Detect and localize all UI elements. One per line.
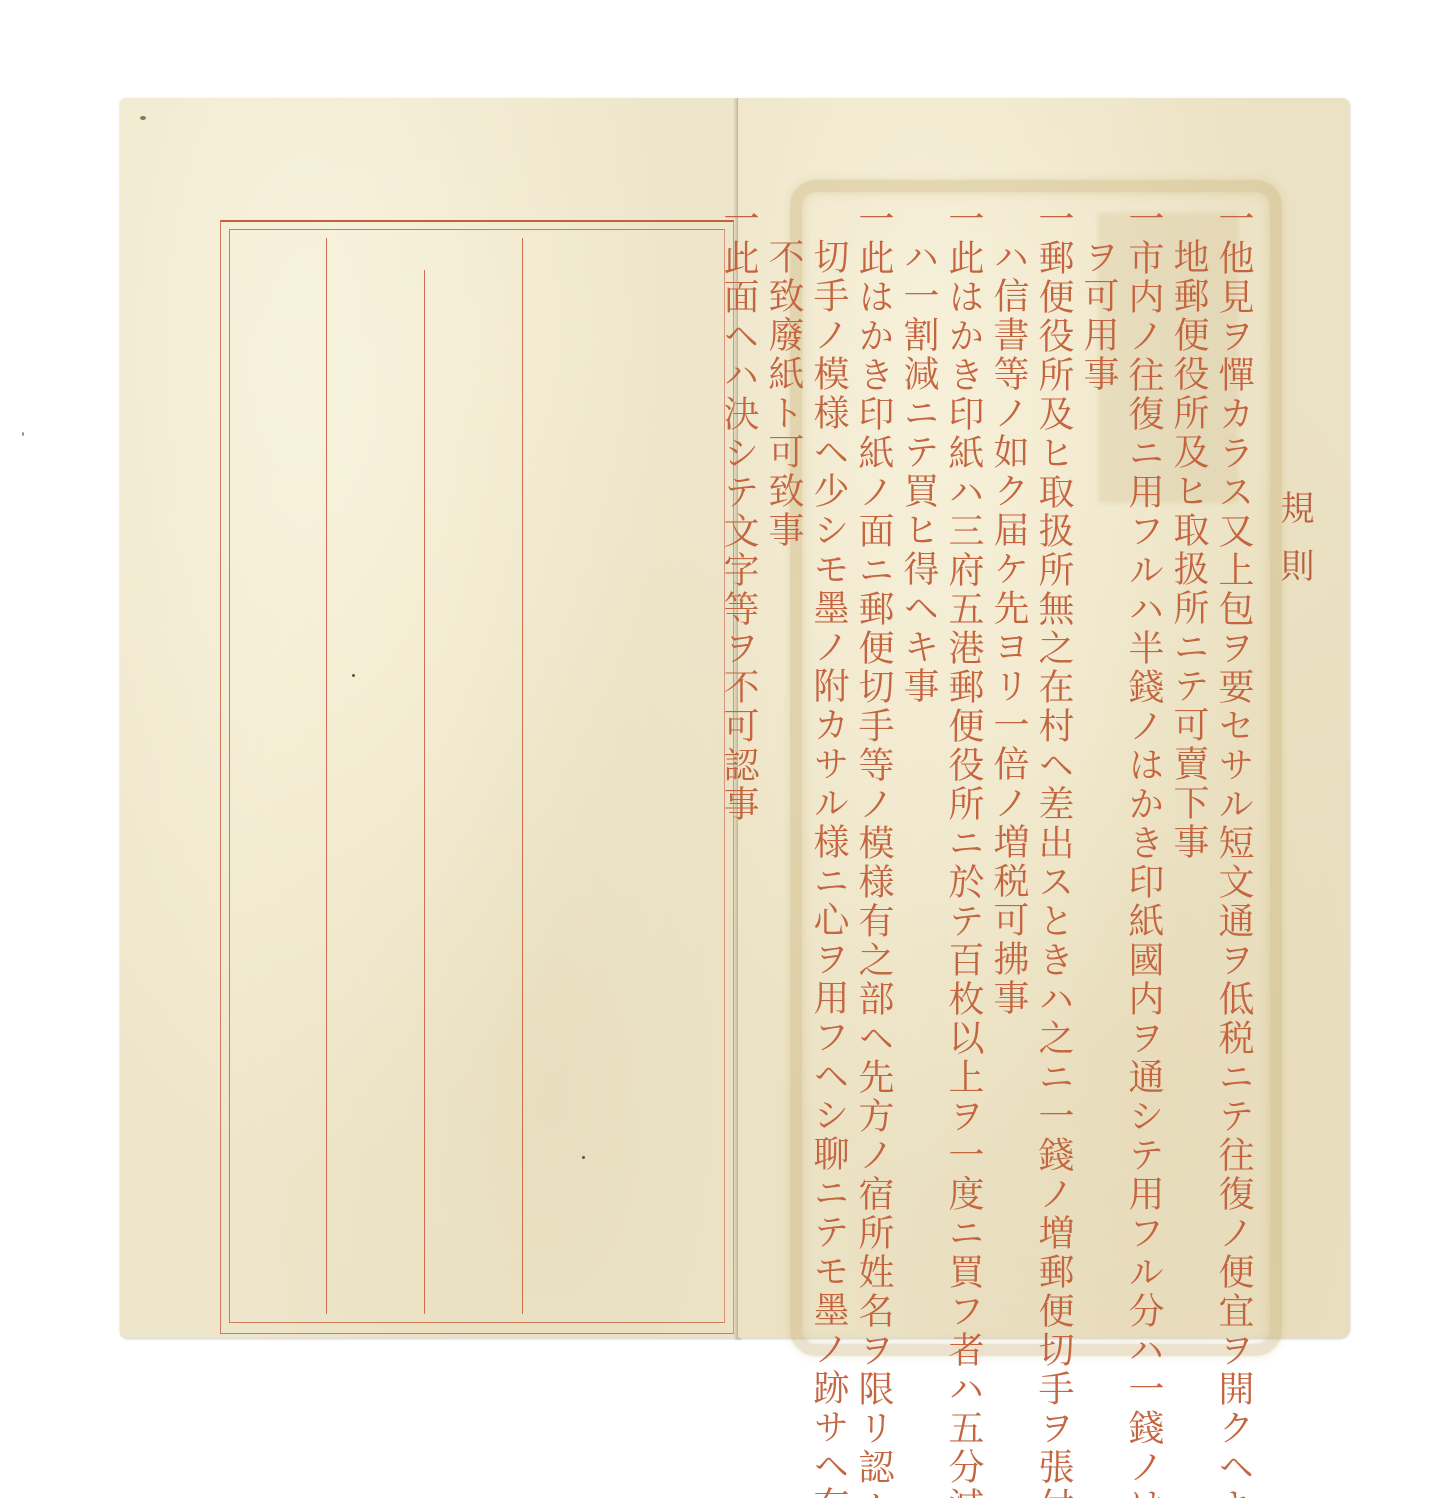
form-column-divider bbox=[522, 238, 523, 1314]
regulation-column: 地郵便役所及ヒ取扱所ニテ可賣下事 bbox=[1166, 200, 1211, 1330]
paper-speck bbox=[582, 1156, 585, 1159]
regulation-column: ハ信書等ノ如ク届ケ先ヨリ一倍ノ増税可拂事 bbox=[986, 200, 1031, 1330]
paper-speck bbox=[352, 674, 355, 677]
scan-speck bbox=[22, 432, 24, 436]
scan-speck bbox=[1064, 1418, 1066, 1420]
regulation-column: ヲ可用事 bbox=[1076, 200, 1121, 1330]
form-column-divider bbox=[424, 270, 425, 1314]
regulation-column: 切手ノ模様ヘ少シモ墨ノ附カサル様ニ心ヲ用フヘシ聊ニテモ墨ノ跡サヘ有之ときハ縦立 bbox=[806, 200, 851, 1330]
paper-speck bbox=[140, 116, 146, 120]
regulation-column: 一他見ヲ憚カラス又上包ヲ要セサル短文通ヲ低税ニテ往復ノ便宜ヲ開クヘキ爲メ之ヲ各 bbox=[1211, 200, 1256, 1330]
right-page: 規則 一他見ヲ憚カラス又上包ヲ要セサル短文通ヲ低税ニテ往復ノ便宜ヲ開クヘキ爲メ之… bbox=[738, 98, 1350, 1338]
regulation-column: 一此はかき印紙ハ三府五港郵便役所ニ於テ百枚以上ヲ一度ニ買フ者ハ五分減二百枚以上 bbox=[941, 200, 986, 1330]
regulation-column: 一郵便役所及ヒ取扱所無之在村ヘ差出スときハ之ニ一錢ノ増郵便切手ヲ張付可申然ラサレ bbox=[1031, 200, 1076, 1330]
left-page bbox=[120, 98, 738, 1338]
form-column-divider bbox=[326, 238, 327, 1314]
regulations-title: 規則 bbox=[1271, 490, 1316, 606]
ruled-form-frame bbox=[220, 220, 734, 1334]
regulation-column: ハ一割減ニテ買ヒ得ヘキ事 bbox=[896, 200, 941, 1330]
regulation-column: 不致廢紙ト可致事 bbox=[761, 200, 806, 1330]
regulation-column: 一市内ノ往復ニ用フルハ半錢ノはかき印紙國内ヲ通シテ用フル分ハ一錢ノはかき印紙 bbox=[1121, 200, 1166, 1330]
regulations-text-block: 規則 一他見ヲ憚カラス又上包ヲ要セサル短文通ヲ低税ニテ往復ノ便宜ヲ開クヘキ爲メ之… bbox=[716, 200, 1256, 1330]
regulation-column: 一此はかき印紙ノ面ニ郵便切手等ノ模様有之部ヘ先方ノ宿所姓名ヲ限リ認ムヘシ且郵便 bbox=[851, 200, 896, 1330]
regulation-column: 一此面ヘハ決シテ文字等ヲ不可認事 bbox=[716, 200, 761, 1330]
ruled-form-inner-frame bbox=[229, 229, 725, 1323]
